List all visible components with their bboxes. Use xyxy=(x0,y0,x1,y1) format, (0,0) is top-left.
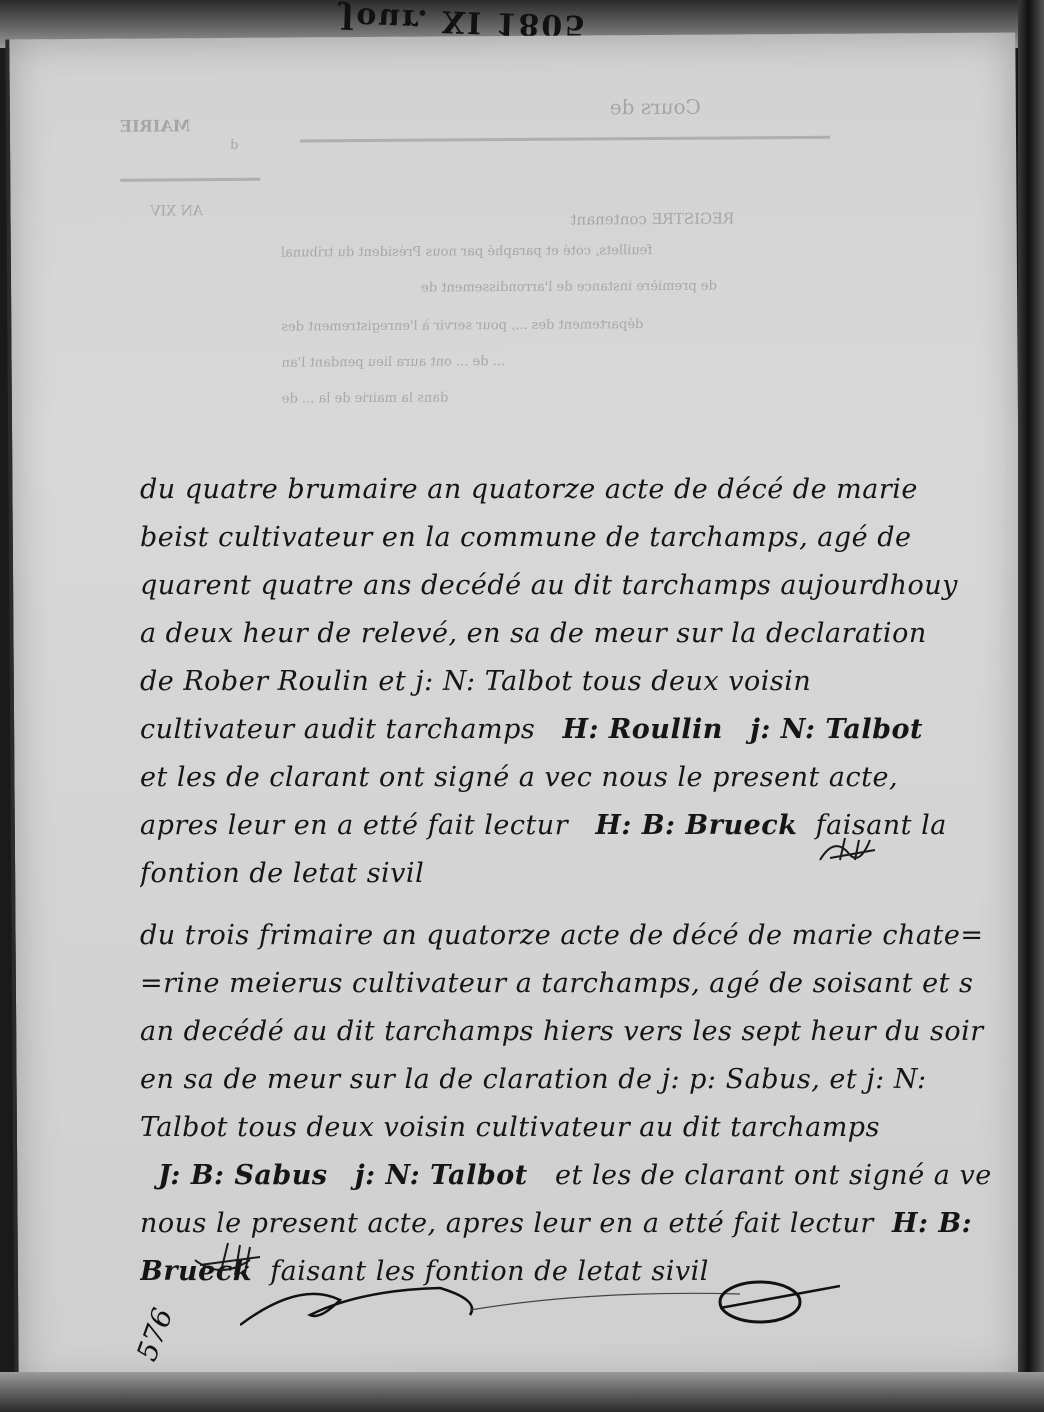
entry-2-line-2: =rine meierus cultivateur a tarchamps, a… xyxy=(140,960,1030,1008)
faded-heading-rule xyxy=(300,136,830,143)
signature-talbot: j: N: Talbot xyxy=(750,714,923,745)
faded-heading: Cours de xyxy=(610,95,701,120)
entry-2-line-6: J: B: Sabus j: N: Talbot et les de clara… xyxy=(140,1152,1030,1200)
entry-1-line-4: a deux heur de relevé, en sa de meur sur… xyxy=(140,610,1030,658)
entry-1-line-8-text: apres leur en a etté fait lectur xyxy=(140,810,568,841)
entry-2-line-1: du trois frimaire an quatorze acte de dé… xyxy=(140,912,1030,960)
faded-label-d: d xyxy=(230,138,238,153)
binding-right-edge xyxy=(1018,0,1044,1412)
entry-1-line-1: du quatre brumaire an quatorze acte de d… xyxy=(140,466,1030,514)
entry-1-line-6: cultivateur audit tarchamps H: Roullin j… xyxy=(140,706,1030,754)
entry-1-line-5: de Rober Roulin et j: N: Talbot tous deu… xyxy=(140,658,1030,706)
entry-1-line-9: fontion de letat sivil xyxy=(140,850,1030,898)
faded-form-line-2: feuillets, coté et paraphé par nous Prés… xyxy=(281,243,652,261)
entry-2-line-6-text: et les de clarant ont signé a ve xyxy=(555,1160,992,1191)
death-record-entry-1: du quatre brumaire an quatorze acte de d… xyxy=(140,466,1030,898)
paraph-flourish-1 xyxy=(815,830,885,870)
entry-1-line-7: et les de clarant ont signé a vec nous l… xyxy=(140,754,1030,802)
entry-2-line-7: nous le present acte, apres leur en a et… xyxy=(140,1200,1030,1248)
closing-flourish xyxy=(240,1280,840,1340)
entry-1-line-2: beist cultivateur en la commune de tarch… xyxy=(140,514,1030,562)
signature-hb: H: B: xyxy=(892,1208,972,1239)
entry-2-line-5: Talbot tous deux voisin cultivateur au d… xyxy=(140,1104,1030,1152)
faded-form-line-3: de première instance de l'arrondissement… xyxy=(421,279,717,296)
entry-1-line-3: quarent quatre ans decédé au dit tarcham… xyxy=(140,562,1030,610)
faded-form-line-4: département des ..., pour servir à l'enr… xyxy=(281,317,643,335)
faded-form-line-5: ... de ... ont aura lieu pendant l'an xyxy=(282,354,506,371)
entry-2-line-3: an decédé au dit tarchamps hiers vers le… xyxy=(140,1008,1030,1056)
faded-form-line-6: dans la mairie de la ... de xyxy=(282,390,449,406)
binding-bottom-edge xyxy=(0,1372,1044,1412)
signature-sabus: J: B: Sabus xyxy=(158,1160,327,1191)
faded-label-an: AN XIV xyxy=(150,203,203,219)
signature-brueck: H: B: Brueck xyxy=(595,810,797,841)
entry-1-line-6-text: cultivateur audit tarchamps xyxy=(140,714,535,745)
faded-label-mairie: MAIRIE xyxy=(120,116,191,135)
death-record-entry-2: du trois frimaire an quatorze acte de dé… xyxy=(140,912,1030,1296)
entry-2-line-4: en sa de meur sur la de claration de j: … xyxy=(140,1056,1030,1104)
faded-rule xyxy=(120,178,260,182)
signature-roullin: H: Roullin xyxy=(562,714,722,745)
signature-talbot-2: j: N: Talbot xyxy=(355,1160,528,1191)
paraph-flourish-2 xyxy=(190,1235,270,1280)
entry-1-line-8: apres leur en a etté fait lectur H: B: B… xyxy=(140,802,1030,850)
faded-form-line-1: REGISTRE contenant xyxy=(571,209,735,228)
